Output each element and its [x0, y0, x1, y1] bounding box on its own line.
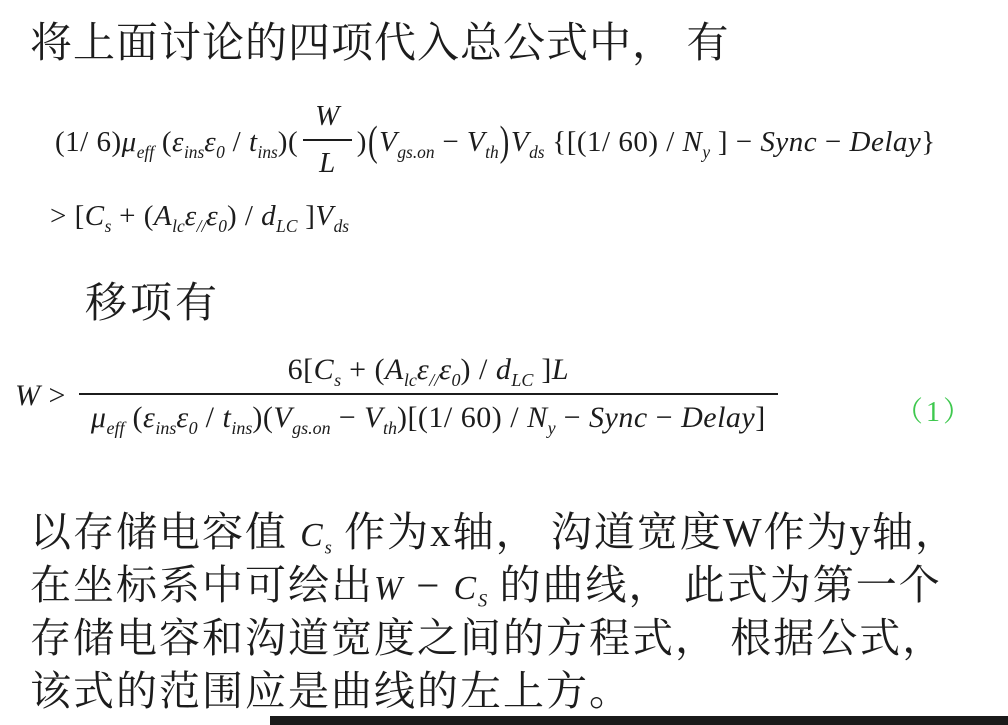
math-fraction: WL — [303, 98, 352, 183]
formula-result: W > 6[Cs + (Alcε//ε0) / dLC ]Lμeff (εins… — [15, 344, 783, 448]
math-variable: ε — [185, 200, 197, 232]
fraction-numerator: W — [303, 98, 352, 141]
math-run: {[(1/ 60) / — [545, 126, 683, 158]
math-variable: ε — [439, 353, 451, 386]
math-run: 该式的范围应是曲线的左上方。 — [30, 668, 632, 714]
math-subscript: ds — [334, 216, 349, 236]
math-run: ) / — [461, 353, 496, 386]
math-variable: C — [85, 200, 105, 232]
math-subscript: s — [325, 537, 332, 557]
math-run: − — [435, 126, 467, 158]
math-run: 的曲线， 此式为第一个 — [487, 562, 942, 608]
math-run: 在坐标系中可绘出 — [30, 562, 374, 608]
math-run: > — [41, 379, 74, 412]
math-run: / — [225, 126, 249, 158]
math-run: )( — [252, 401, 273, 434]
math-run: ( — [154, 126, 172, 158]
paragraph-line-4: 该式的范围应是曲线的左上方。 — [30, 665, 958, 718]
math-variable: d — [261, 200, 276, 232]
math-subscript: gs.on — [397, 142, 434, 162]
math-variable: Delay — [850, 126, 922, 158]
math-run: ] — [755, 401, 766, 434]
math-subscript: gs.on — [292, 418, 331, 438]
big-paren: ) — [500, 78, 510, 206]
math-run: ) — [357, 126, 367, 158]
math-variable: C — [314, 353, 335, 386]
math-run: ] — [297, 200, 315, 232]
math-run: 作为x轴， 沟道宽度W作为y轴， — [332, 509, 958, 555]
math-subscript: 0 — [218, 216, 227, 236]
math-variable: μ — [122, 126, 137, 158]
math-subscript: lc — [172, 216, 185, 236]
equation-number: （1） — [895, 390, 974, 430]
paragraph-line-2: 在坐标系中可绘出W − CS 的曲线， 此式为第一个 — [30, 559, 958, 612]
math-run: )( — [278, 126, 298, 158]
math-run: } — [921, 126, 935, 158]
math-variable: ε — [204, 126, 216, 158]
math-run: − — [648, 401, 681, 434]
math-variable: ε — [417, 353, 429, 386]
math-variable: A — [154, 200, 172, 232]
math-run: ] − — [710, 126, 760, 158]
math-variable: V — [467, 126, 485, 158]
intro-text: 将上面讨论的四项代入总公式中， 有 — [30, 10, 730, 70]
fraction-denominator: L — [303, 141, 352, 182]
math-subscript: 0 — [189, 418, 198, 438]
math-subscript: S — [478, 590, 487, 610]
math-run: 以存储电容值 — [30, 509, 300, 555]
math-subscript: LC — [276, 216, 297, 236]
math-subscript: 0 — [216, 142, 225, 162]
math-variable: ε — [172, 126, 184, 158]
fraction-numerator: 6[Cs + (Alcε//ε0) / dLC ]L — [79, 351, 778, 396]
math-subscript: lc — [404, 370, 417, 390]
math-variable: d — [496, 353, 512, 386]
math-subscript: ds — [529, 142, 544, 162]
math-subscript: ins — [184, 142, 204, 162]
math-run: ( — [124, 401, 143, 434]
math-variable: V — [273, 401, 292, 434]
math-subscript: 0 — [452, 370, 461, 390]
math-subscript: y — [548, 418, 556, 438]
math-subscript: ins — [231, 418, 252, 438]
math-variable: C — [300, 517, 324, 554]
math-run: / — [198, 401, 223, 434]
math-subscript: th — [383, 418, 397, 438]
bottom-bar — [270, 716, 1008, 725]
fraction-denominator: μeff (εinsε0 / tins)(Vgs.on − Vth)[(1/ 6… — [79, 395, 778, 438]
math-variable: V — [379, 126, 397, 158]
big-paren: ( — [368, 78, 378, 206]
math-subscript: // — [429, 370, 439, 390]
math-run: − — [404, 562, 454, 608]
math-subscript: ins — [258, 142, 278, 162]
math-run: − — [331, 401, 364, 434]
math-run: > [ — [50, 200, 85, 232]
math-subscript: eff — [106, 418, 124, 438]
math-variable: Sync — [589, 401, 648, 434]
math-subscript: y — [702, 142, 710, 162]
math-subscript: ins — [155, 418, 176, 438]
math-variable: W — [315, 100, 340, 132]
math-fraction: 6[Cs + (Alcε//ε0) / dLC ]Lμeff (εinsε0 /… — [79, 351, 778, 438]
body-paragraph: 以存储电容值 Cs 作为x轴， 沟道宽度W作为y轴， 在坐标系中可绘出W − C… — [30, 506, 958, 718]
math-variable: V — [315, 200, 333, 232]
math-variable: Sync — [760, 126, 817, 158]
math-variable: N — [527, 401, 548, 434]
math-variable: W — [374, 570, 404, 607]
math-run: 6[ — [288, 353, 314, 386]
formula-substitution-line2: > [Cs + (Alcε//ε0) / dLC ]Vds — [50, 196, 349, 236]
math-subscript: // — [197, 216, 207, 236]
transpose-label: 移项有 — [85, 270, 220, 330]
math-variable: W — [15, 379, 41, 412]
math-variable: ε — [176, 401, 188, 434]
math-run: − — [556, 401, 589, 434]
math-variable: Delay — [681, 401, 755, 434]
math-variable: N — [683, 126, 703, 158]
math-run: ) / — [227, 200, 261, 232]
paragraph-line-1: 以存储电容值 Cs 作为x轴， 沟道宽度W作为y轴， — [30, 506, 958, 559]
math-variable: μ — [91, 401, 107, 434]
math-run: ] — [533, 353, 552, 386]
math-variable: C — [454, 570, 478, 607]
math-subscript: th — [485, 142, 499, 162]
math-run: − — [817, 126, 849, 158]
math-run: + ( — [111, 200, 154, 232]
math-subscript: eff — [137, 142, 154, 162]
formula-substitution-line1: (1/ 6)μeff (εinsε0 / tins)(WL)(Vgs.on − … — [55, 98, 936, 187]
math-run: )[(1/ 60) / — [397, 401, 527, 434]
math-variable: V — [364, 401, 383, 434]
math-variable: L — [319, 147, 336, 179]
paragraph-line-3: 存储电容和沟道宽度之间的方程式， 根据公式， — [30, 612, 958, 665]
math-run: + ( — [341, 353, 385, 386]
math-run: (1/ 6) — [55, 126, 122, 158]
math-variable: t — [249, 126, 258, 158]
document-page: 将上面讨论的四项代入总公式中， 有 (1/ 6)μeff (εinsε0 / t… — [0, 0, 1008, 725]
math-run: 存储电容和沟道宽度之间的方程式， 根据公式， — [30, 615, 945, 661]
math-variable: V — [511, 126, 529, 158]
math-variable: A — [385, 353, 404, 386]
math-variable: L — [552, 353, 569, 386]
math-subscript: LC — [511, 370, 533, 390]
math-variable: ε — [143, 401, 155, 434]
math-variable: ε — [206, 200, 218, 232]
